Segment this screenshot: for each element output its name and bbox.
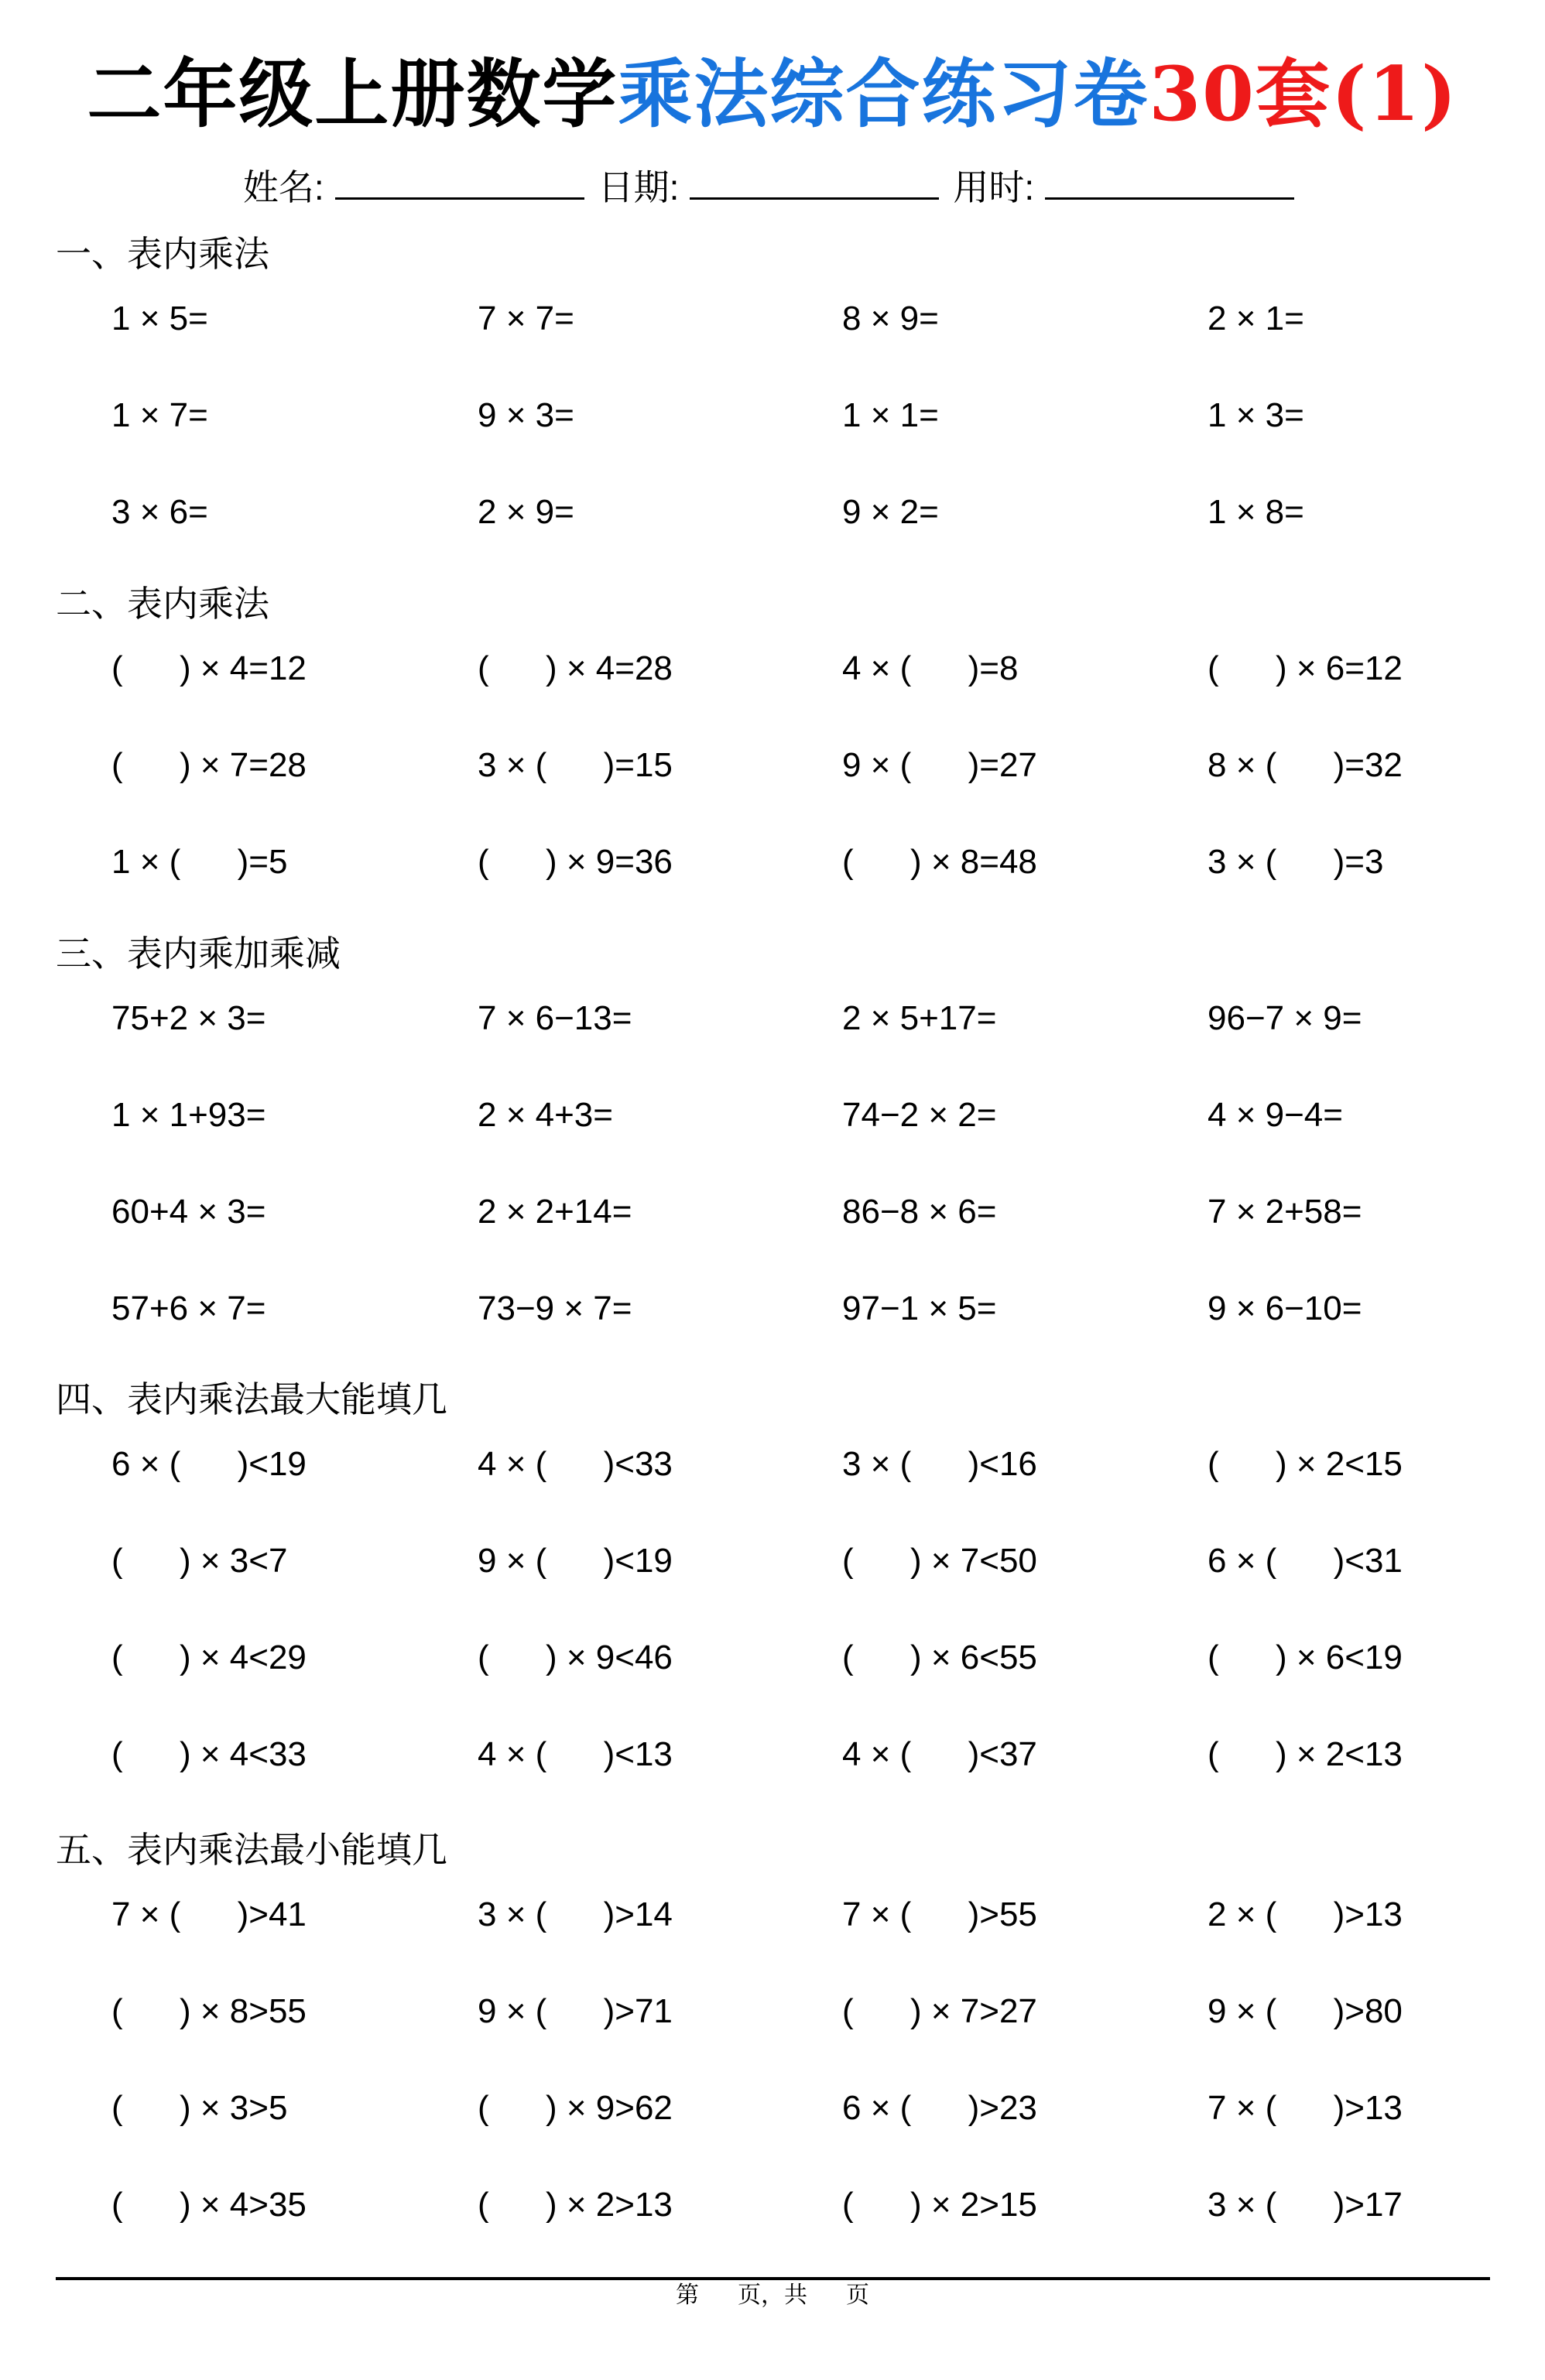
section-5-heading: 五、表内乘法最小能填几 bbox=[56, 1827, 447, 1873]
problem: ( ) × 4<29 bbox=[111, 1636, 307, 1680]
problem: ( ) × 4>35 bbox=[111, 2183, 307, 2227]
problem: ( ) × 7=28 bbox=[111, 744, 307, 787]
problem: 2 × 4+3= bbox=[478, 1094, 613, 1137]
problem: 1 × 1+93= bbox=[111, 1094, 265, 1137]
problem: 2 × ( )>13 bbox=[1208, 1893, 1403, 1937]
problem: 57+6 × 7= bbox=[111, 1287, 265, 1330]
problem: ( ) × 9=36 bbox=[478, 841, 673, 884]
problem: 1 × 3= bbox=[1208, 394, 1304, 437]
problem: 4 × ( )<33 bbox=[478, 1443, 673, 1486]
problem: 4 × 9−4= bbox=[1208, 1094, 1343, 1137]
problem: ( ) × 8=48 bbox=[842, 841, 1037, 884]
problem: 3 × ( )>14 bbox=[478, 1893, 673, 1937]
problem: ( ) × 6<55 bbox=[842, 1636, 1037, 1680]
problem: 1 × 5= bbox=[111, 297, 208, 341]
problem: 7 × ( )>13 bbox=[1208, 2087, 1403, 2130]
problem: 9 × 6−10= bbox=[1208, 1287, 1362, 1330]
problem: ( ) × 3<7 bbox=[111, 1539, 287, 1583]
worksheet-title: 二年级上册数学乘法综合练习卷30套(1) bbox=[0, 48, 1545, 141]
problem: 7 × ( )>55 bbox=[842, 1893, 1037, 1937]
problem: 4 × ( )<13 bbox=[478, 1733, 673, 1776]
problem: ( ) × 6=12 bbox=[1208, 647, 1403, 690]
problem: 2 × 2+14= bbox=[478, 1190, 632, 1234]
problem: 9 × ( )=27 bbox=[842, 744, 1037, 787]
problem: 73−9 × 7= bbox=[478, 1287, 632, 1330]
section-4-heading: 四、表内乘法最大能填几 bbox=[56, 1376, 447, 1423]
problem: ( ) × 2<13 bbox=[1208, 1733, 1403, 1776]
problem: 97−1 × 5= bbox=[842, 1287, 996, 1330]
problem: ( ) × 2>15 bbox=[842, 2183, 1037, 2227]
problem: ( ) × 9<46 bbox=[478, 1636, 673, 1680]
problem: 4 × ( )<37 bbox=[842, 1733, 1037, 1776]
name-blank[interactable] bbox=[335, 163, 584, 200]
problem: 6 × ( )<31 bbox=[1208, 1539, 1403, 1583]
problem: 4 × ( )=8 bbox=[842, 647, 1018, 690]
problem: 8 × 9= bbox=[842, 297, 939, 341]
title-set-number: 30套(1) bbox=[1149, 50, 1458, 138]
problem: ( ) × 9>62 bbox=[478, 2087, 673, 2130]
problem: 1 × 8= bbox=[1208, 491, 1304, 534]
problem: 7 × 7= bbox=[478, 297, 574, 341]
problem: ( ) × 2>13 bbox=[478, 2183, 673, 2227]
problem: 74−2 × 2= bbox=[842, 1094, 996, 1137]
problem: ( ) × 2<15 bbox=[1208, 1443, 1403, 1486]
problem: ( ) × 4<33 bbox=[111, 1733, 307, 1776]
problem: 9 × 2= bbox=[842, 491, 939, 534]
problem: ( ) × 3>5 bbox=[111, 2087, 287, 2130]
problem: 9 × 3= bbox=[478, 394, 574, 437]
problem: 9 × ( )>80 bbox=[1208, 1990, 1403, 2033]
date-label: 日期: bbox=[598, 163, 680, 212]
problem: ( ) × 4=28 bbox=[478, 647, 673, 690]
problem: 75+2 × 3= bbox=[111, 997, 265, 1040]
section-2-heading: 二、表内乘法 bbox=[56, 580, 269, 627]
problem: 1 × 7= bbox=[111, 394, 208, 437]
problem: 7 × ( )>41 bbox=[111, 1893, 307, 1937]
problem: 2 × 1= bbox=[1208, 297, 1304, 341]
problem: ( ) × 6<19 bbox=[1208, 1636, 1403, 1680]
title-worksheet-type: 乘法综合练习卷 bbox=[618, 50, 1149, 138]
problem: 8 × ( )=32 bbox=[1208, 744, 1403, 787]
problem: 7 × 6−13= bbox=[478, 997, 632, 1040]
problem: 86−8 × 6= bbox=[842, 1190, 996, 1234]
problem: 3 × 6= bbox=[111, 491, 208, 534]
problem: 7 × 2+58= bbox=[1208, 1190, 1362, 1234]
problem: 6 × ( )>23 bbox=[842, 2087, 1037, 2130]
problem: 3 × ( )=3 bbox=[1208, 841, 1383, 884]
time-blank[interactable] bbox=[1045, 163, 1294, 200]
student-info-line: 姓名:日期:用时: bbox=[0, 163, 1545, 212]
section-1-heading: 一、表内乘法 bbox=[56, 231, 269, 277]
title-grade-subject: 二年级上册数学 bbox=[87, 50, 618, 138]
name-label: 姓名: bbox=[243, 163, 324, 212]
problem: 96−7 × 9= bbox=[1208, 997, 1362, 1040]
problem: 3 × ( )=15 bbox=[478, 744, 673, 787]
problem: 6 × ( )<19 bbox=[111, 1443, 307, 1486]
problem: ( ) × 8>55 bbox=[111, 1990, 307, 2033]
problem: 3 × ( )<16 bbox=[842, 1443, 1037, 1486]
problem: 9 × ( )>71 bbox=[478, 1990, 673, 2033]
problem: 2 × 9= bbox=[478, 491, 574, 534]
problem: ( ) × 7<50 bbox=[842, 1539, 1037, 1583]
problem: 3 × ( )>17 bbox=[1208, 2183, 1403, 2227]
page-number: 第 页，共 页 bbox=[0, 2280, 1545, 2311]
problem: 60+4 × 3= bbox=[111, 1190, 265, 1234]
problem: ( ) × 4=12 bbox=[111, 647, 307, 690]
problem: ( ) × 7>27 bbox=[842, 1990, 1037, 2033]
date-blank[interactable] bbox=[690, 163, 939, 200]
problem: 2 × 5+17= bbox=[842, 997, 996, 1040]
time-label: 用时: bbox=[953, 163, 1034, 212]
problem: 1 × 1= bbox=[842, 394, 939, 437]
problem: 1 × ( )=5 bbox=[111, 841, 287, 884]
section-3-heading: 三、表内乘加乘减 bbox=[56, 930, 341, 977]
problem: 9 × ( )<19 bbox=[478, 1539, 673, 1583]
